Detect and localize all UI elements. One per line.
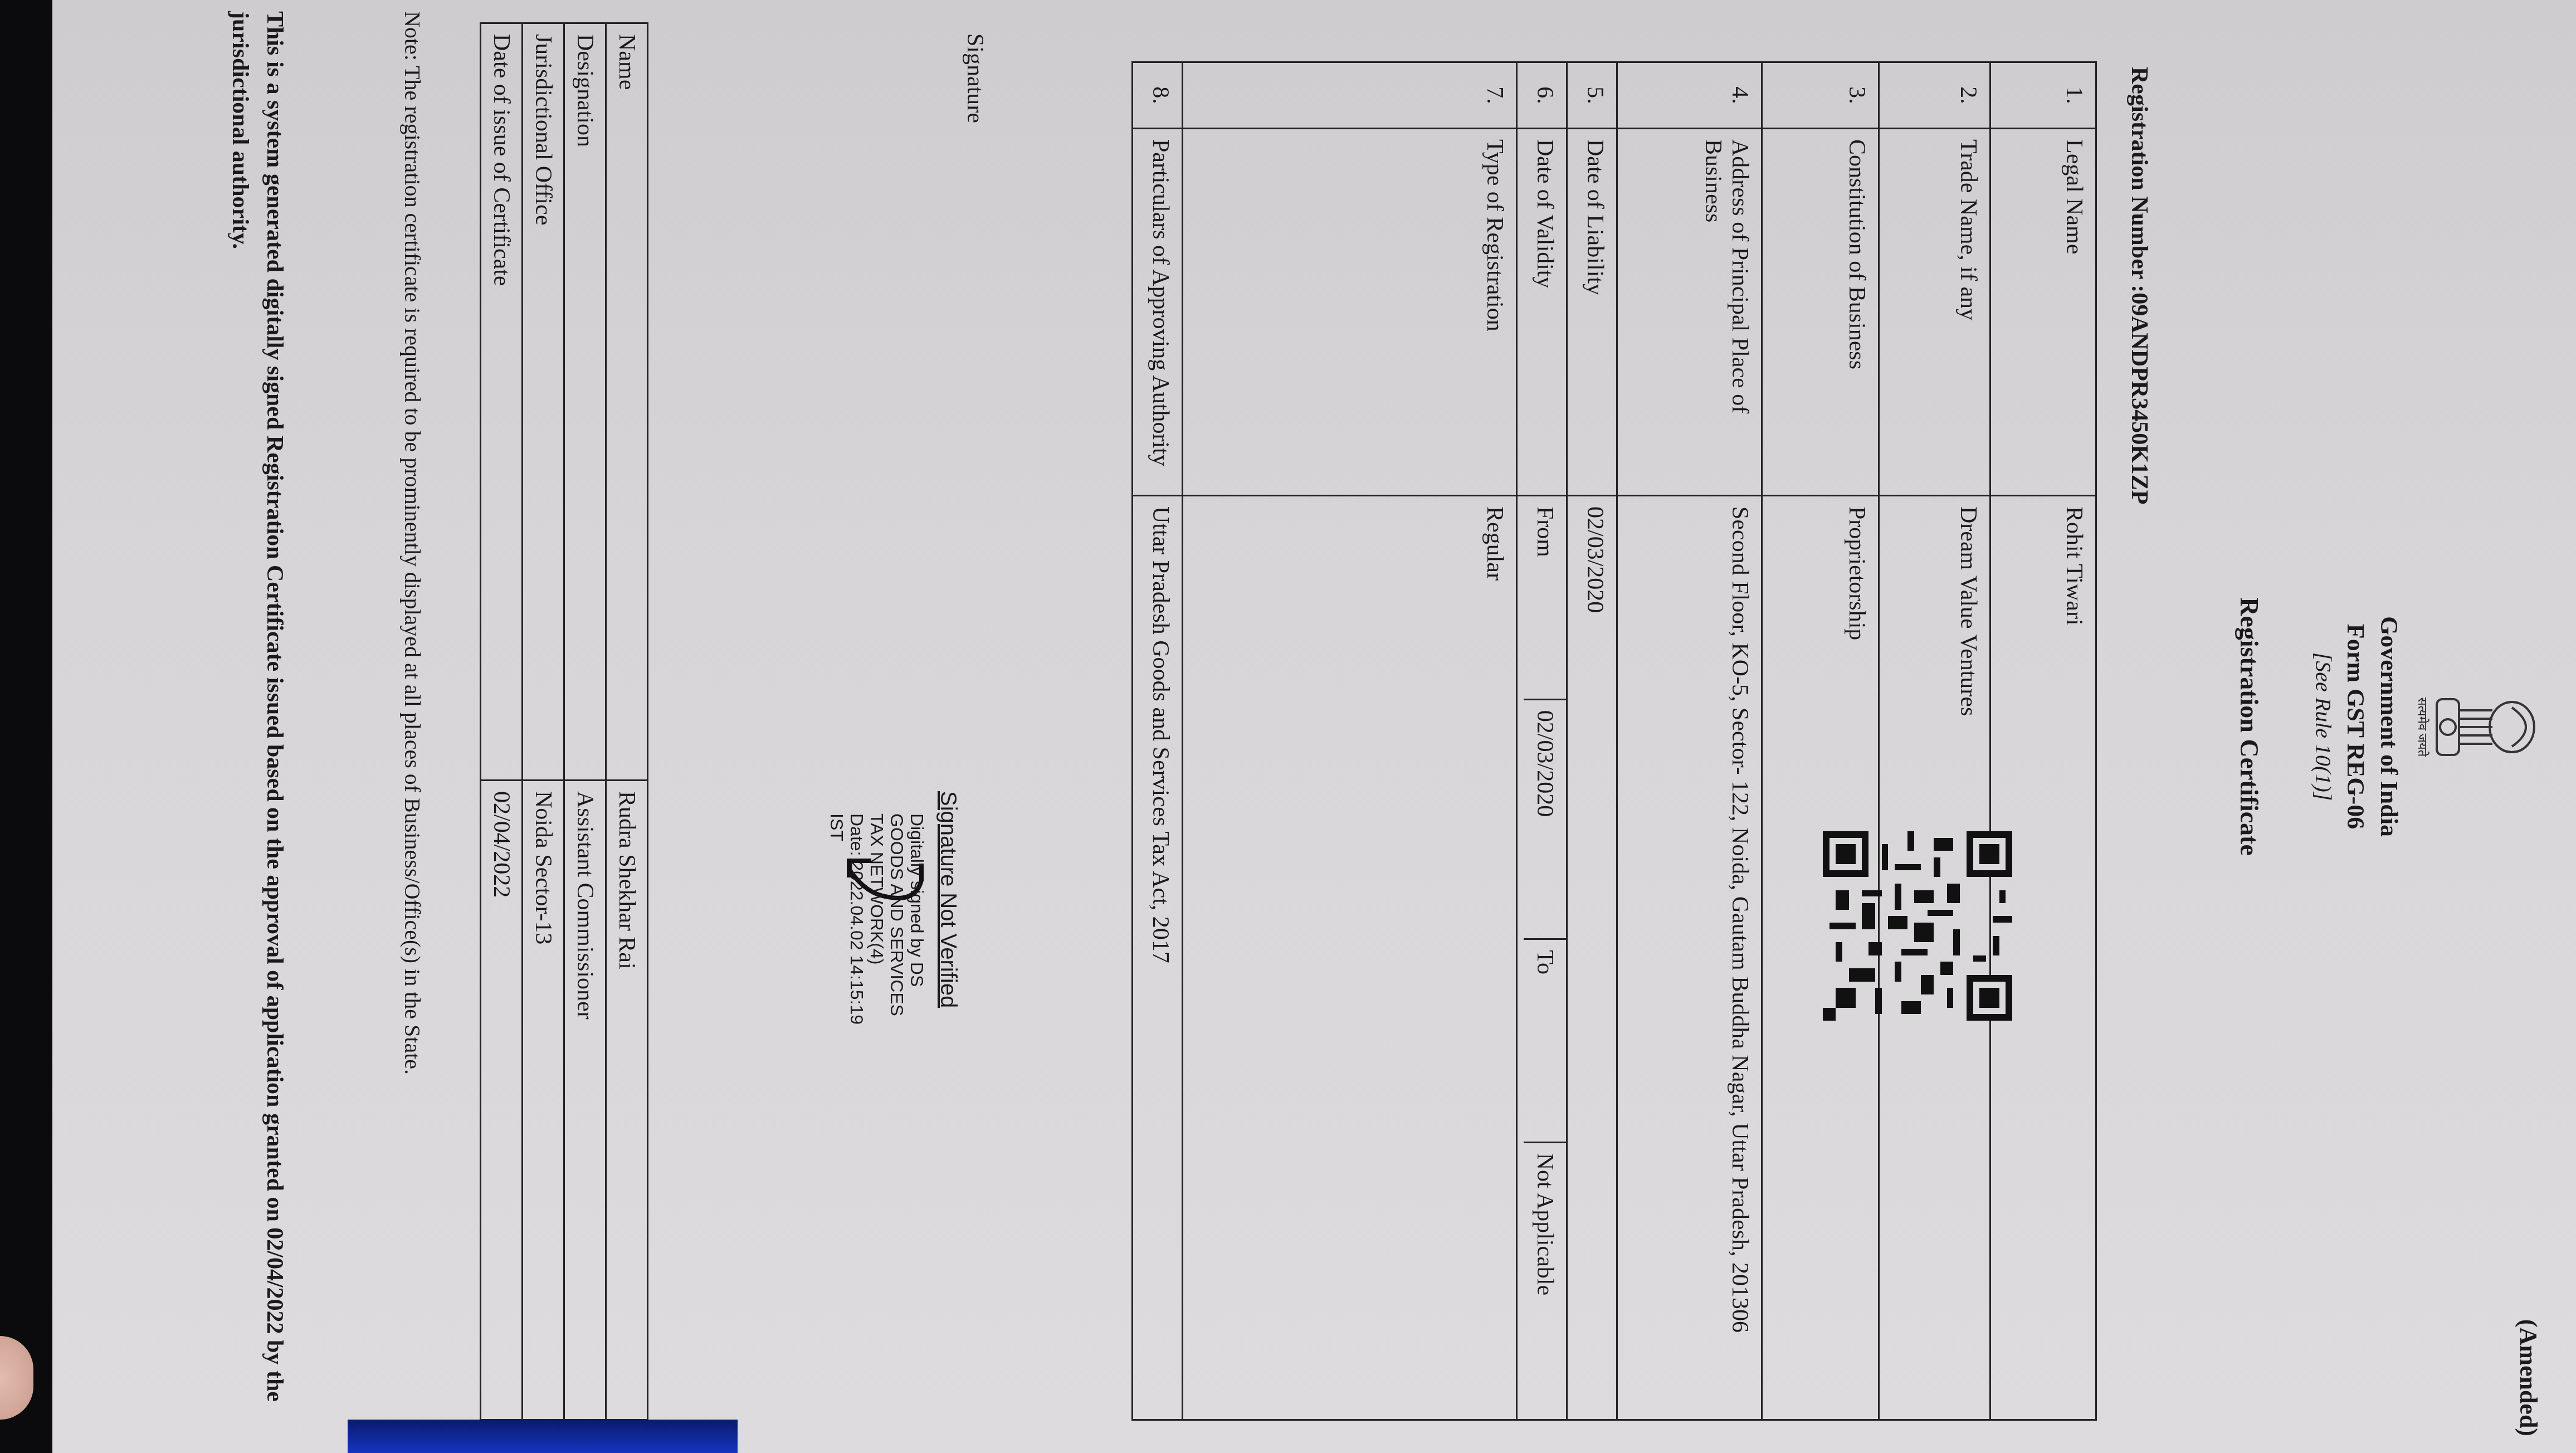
- table-row: 8. Particulars of Approving Authority Ut…: [1133, 62, 1183, 1420]
- row-value: Second Floor, KO-5, Sector- 122, Noida, …: [1617, 496, 1762, 1420]
- government-heading: Government of India: [2375, 0, 2403, 1453]
- system-generated-footer: This is a system generated digitally sig…: [223, 11, 292, 1449]
- validity-to-label: To: [1524, 939, 1566, 1142]
- digital-signature-block: Signature Not Verified Digitally signed …: [660, 791, 960, 1293]
- row-label: Trade Name, if any: [1879, 129, 1990, 496]
- table-row: Jurisdictional Office Noida Sector-13: [523, 23, 564, 1420]
- amended-label: (Amended): [2514, 1319, 2543, 1436]
- national-emblem-icon: [2431, 685, 2543, 769]
- approver-value: Rudra Shekhar Rai: [606, 781, 648, 1420]
- validity-from-value: 02/03/2020: [1524, 699, 1566, 939]
- row-label: Type of Registration: [1183, 129, 1517, 496]
- row-label: Legal Name: [1990, 129, 2096, 496]
- table-row: 7. Type of Registration Regular: [1183, 62, 1517, 1420]
- qr-code-icon: [1823, 831, 2013, 1021]
- registration-details-table: 1. Legal Name Rohit Tiwari 2. Trade Name…: [1131, 61, 2097, 1421]
- row-number: 3.: [1762, 62, 1879, 129]
- table-row: 1. Legal Name Rohit Tiwari: [1990, 62, 2096, 1420]
- validity-from-label: From: [1524, 496, 1566, 699]
- row-number: 4.: [1617, 62, 1762, 129]
- table-row: 5. Date of Liability 02/03/2020: [1567, 62, 1617, 1420]
- approver-label: Jurisdictional Office: [523, 23, 564, 781]
- row-value: 02/03/2020: [1567, 496, 1617, 1420]
- validity-subtable: From 02/03/2020 To Not Applicable: [1524, 496, 1566, 1419]
- approver-value: Assistant Commissioner: [564, 781, 606, 1420]
- row-value: Uttar Pradesh Goods and Services Tax Act…: [1133, 496, 1183, 1420]
- signature-details: Digitally signed by DS GOODS AND SERVICE…: [827, 813, 927, 1025]
- document-title: Registration Certificate: [2235, 0, 2264, 1453]
- row-label: Date of Validity: [1517, 129, 1567, 496]
- row-label: Address of Principal Place of Business: [1617, 129, 1762, 496]
- form-name: Form GST REG-06: [2341, 0, 2370, 1453]
- row-number: 6.: [1517, 62, 1567, 129]
- row-label: Constitution of Business: [1762, 129, 1879, 496]
- certificate-page: (Amended) सत्यमेव जयते Government of Ind…: [52, 0, 2576, 1453]
- row-value: Regular: [1481, 506, 1508, 1409]
- row-number: 8.: [1133, 62, 1183, 129]
- row-label: Date of Liability: [1567, 129, 1617, 496]
- table-row: Date of issue of Certificate 02/04/2022: [481, 23, 523, 1420]
- approver-table: Name Rudra Shekhar Rai Designation Assis…: [480, 22, 648, 1421]
- finger-object: [0, 1336, 33, 1420]
- row-number: 7.: [1183, 62, 1517, 129]
- registration-number: Registration Number :09ANDPR3450K1ZP: [2126, 67, 2153, 505]
- table-row: 3. Constitution of Business Proprietorsh…: [1762, 62, 1879, 1420]
- row-number: 1.: [1990, 62, 2096, 129]
- approver-value: Noida Sector-13: [523, 781, 564, 1420]
- table-row: Designation Assistant Commissioner: [564, 23, 606, 1420]
- approver-value: 02/04/2022: [481, 781, 523, 1420]
- row-number: 5.: [1567, 62, 1617, 129]
- approver-label: Name: [606, 23, 648, 781]
- registration-number-value: 09ANDPR3450K1ZP: [2126, 292, 2152, 504]
- table-row: 4. Address of Principal Place of Busines…: [1617, 62, 1762, 1420]
- emblem-motto: सत्यमेव जयते: [2414, 685, 2431, 769]
- photo-stage: (Amended) सत्यमेव जयते Government of Ind…: [0, 0, 2576, 1453]
- validity-to-value: Not Applicable: [1524, 1142, 1566, 1419]
- approver-label: Date of issue of Certificate: [481, 23, 523, 781]
- pen-object: [348, 1420, 738, 1453]
- row-label: Particulars of Approving Authority: [1133, 129, 1183, 496]
- table-row: 6. Date of Validity From 02/03/2020 To N…: [1517, 62, 1567, 1420]
- signature-status: Signature Not Verified: [935, 791, 960, 1008]
- rule-reference: [See Rule 10(1)]: [2310, 0, 2336, 1453]
- registration-number-label: Registration Number :: [2126, 67, 2152, 292]
- table-row: 2. Trade Name, if any Dream Value Ventur…: [1879, 62, 1990, 1420]
- table-row: Name Rudra Shekhar Rai: [606, 23, 648, 1420]
- row-number: 2.: [1879, 62, 1990, 129]
- display-note: Note: The registration certificate is re…: [399, 11, 426, 1075]
- signature-label: Signature: [962, 33, 988, 123]
- approver-label: Designation: [564, 23, 606, 781]
